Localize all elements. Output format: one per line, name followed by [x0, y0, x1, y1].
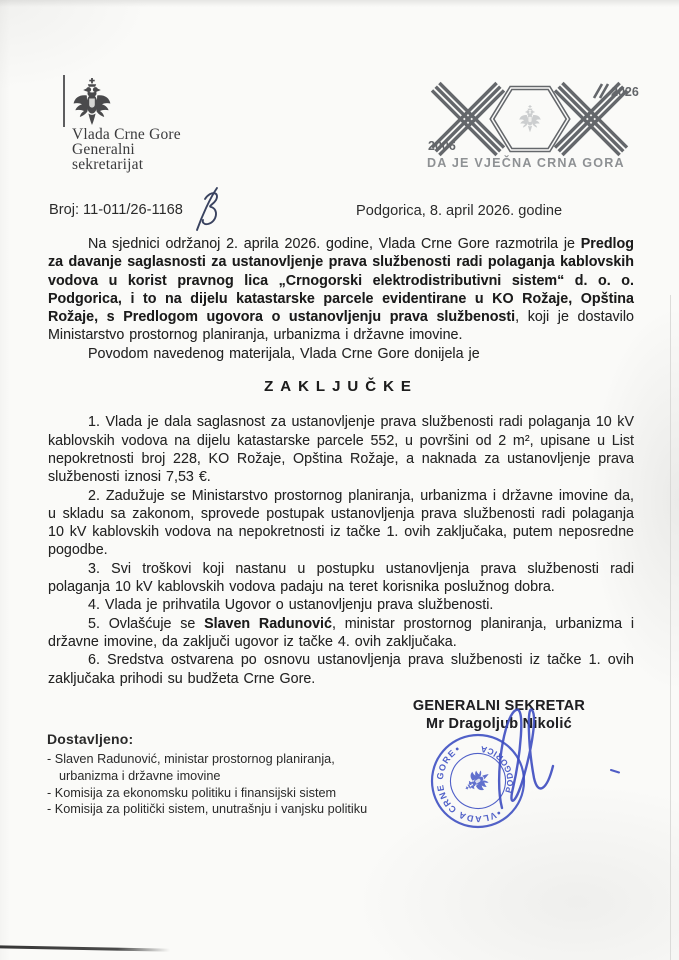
item-number: 4. — [88, 597, 100, 613]
conclusion-item-6: 6. Sredstva ostvarena po osnovu ustanovl… — [48, 651, 634, 688]
item-number: 5. — [88, 616, 100, 632]
document-body: Na sjednici održanoj 2. aprila 2026. god… — [48, 235, 634, 688]
intro-lead: Na sjednici održanoj 2. aprila 2026. god… — [88, 236, 581, 252]
distribution-item: - Komisija za politički sistem, unutrašn… — [47, 801, 387, 818]
anniversary-xx-logo-icon: 2026 2006 — [420, 79, 645, 159]
item-text: Ovlašćuje se — [109, 616, 204, 632]
distribution-item-continuation: urbanizma i državne imovine — [47, 768, 387, 785]
montenegro-coat-of-arms-icon — [72, 78, 112, 126]
scan-edge-artifact-right — [670, 295, 671, 960]
document-number: Broj: 11-011/26-1168 — [49, 202, 183, 218]
item-text: Zadužuje se Ministarstvo prostornog plan… — [48, 488, 634, 559]
conclusions-heading: ZAKLJUČKE — [48, 378, 634, 396]
anniversary-year-left: 2006 — [428, 139, 456, 153]
authorized-person-name: Slaven Radunović — [204, 616, 332, 632]
conclusion-item-2: 2. Zadužuje se Ministarstvo prostornog p… — [48, 487, 634, 560]
org-line-3: sekretarijat — [72, 157, 181, 172]
distribution-item: - Slaven Radunović, ministar prostornog … — [47, 751, 387, 768]
handwritten-number-suffix — [192, 186, 226, 232]
anniversary-year-right: 2026 — [611, 85, 639, 99]
scan-edge-artifact-bottom — [0, 945, 170, 952]
item-text: Sredstva ostvarena po osnovu ustanovljen… — [48, 652, 634, 686]
second-paragraph: Povodom navedenog materijala, Vlada Crne… — [48, 345, 634, 363]
distribution-section: Dostavljeno: - Slaven Radunović, minista… — [47, 731, 387, 818]
distribution-item: - Komisija za ekonomsku politiku i finan… — [47, 785, 387, 802]
anniversary-slogan: DA JE VJEČNA CRNA GORA — [427, 156, 647, 170]
distribution-label: Dostavljeno: — [47, 731, 387, 747]
org-line-2: Generalni — [72, 142, 181, 157]
letterhead-organization: Vlada Crne Gore Generalni sekretarijat — [72, 127, 181, 172]
item-text: Vlada je dala saglasnost za ustanovljenj… — [48, 414, 634, 485]
intro-paragraph: Na sjednici održanoj 2. aprila 2026. god… — [48, 235, 634, 345]
item-number: 3. — [88, 561, 100, 577]
conclusion-item-5: 5. Ovlašćuje se Slaven Radunović, minist… — [48, 615, 634, 652]
item-text: Vlada je prihvatila Ugovor o ustanovljen… — [105, 597, 493, 613]
item-number: 2. — [88, 488, 100, 504]
conclusion-item-1: 1. Vlada je dala saglasnost za ustanovlj… — [48, 413, 634, 486]
handwritten-signature — [480, 688, 630, 828]
item-text: Svi troškovi koji nastanu u postupku ust… — [48, 561, 634, 595]
item-number: 6. — [88, 652, 100, 668]
conclusion-item-4: 4. Vlada je prihvatila Ugovor o ustanovl… — [48, 596, 634, 614]
place-and-date: Podgorica, 8. april 2026. godine — [356, 203, 562, 219]
letterhead-vertical-rule — [63, 75, 65, 127]
conclusion-item-3: 3. Svi troškovi koji nastanu u postupku … — [48, 560, 634, 597]
item-number: 1. — [88, 414, 100, 430]
org-line-1: Vlada Crne Gore — [72, 127, 181, 142]
